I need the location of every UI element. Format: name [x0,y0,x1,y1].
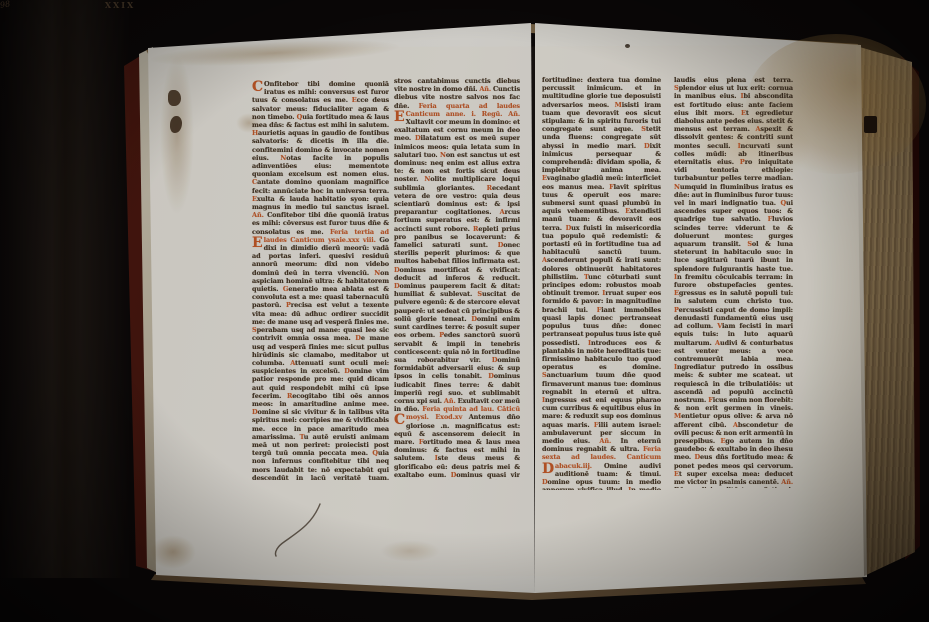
ink-blot [168,90,181,106]
rubric-text: Añ. [599,437,620,445]
margin-stain [150,35,401,70]
hair-artifact [268,498,348,578]
body-text: umquid in fluminibus iratus es dñe: aut … [674,183,793,207]
dust-speck [625,44,630,48]
body-text: ominus mortificat & vivificat: deducit a… [394,266,520,282]
rubric-text: Añ. [781,478,793,486]
leather-tab-marker [864,116,877,133]
body-text: laudis eius plena est terra. [674,76,793,84]
rubric-text: Feria quarta ad laudes Canticum anne. i.… [406,102,520,118]
left-page-text-column-2: stros cantabimus cunctis diebus vite nos… [394,77,520,480]
photo-canvas: { "scene": { "description": "Photograph … [0,0,929,622]
red-versal-letter: M [615,101,622,109]
body-text: n fremitu cōculcabis terram: in furore o… [674,273,793,289]
handwritten-folio-number: 98 [0,0,11,10]
body-text: gressus es in salutē populi tui: in salu… [674,289,793,305]
lombard-initial: E [252,236,264,250]
margin-stain [380,540,440,562]
body-text: Dñe audivi auditū tuum & timui. [674,486,793,488]
body-text: antate domino quoniam magnifice fecit: a… [252,178,389,194]
corner-stain [150,535,196,569]
body-text: anctuarium tuum dñe quod firmaverunt man… [542,371,661,395]
lombard-initial: C [394,413,406,427]
gutter-shadow [0,0,130,578]
body-text: t super excelsa mea: deducet me victor i… [674,470,793,486]
lombard-initial: D [542,462,555,476]
lombard-initial: E [394,110,406,124]
lombard-initial: C [252,80,264,94]
left-page-text-column-1: COnfitebor tibi domine quoniā iratus es … [252,80,389,480]
margin-stain [160,55,194,215]
right-page-text-column-1: fortitudine: dextera tua domine percussi… [542,76,661,490]
right-page-text-column-2: laudis eius plena est terra. Splendor ei… [674,76,793,488]
folio-number-roman: XXIX [0,0,240,10]
body-text: xulta & lauda habitatio syon: quia magnu… [252,195,389,211]
rubric-text: Añ. [479,85,493,93]
rubric-text: Añ. [444,397,458,405]
